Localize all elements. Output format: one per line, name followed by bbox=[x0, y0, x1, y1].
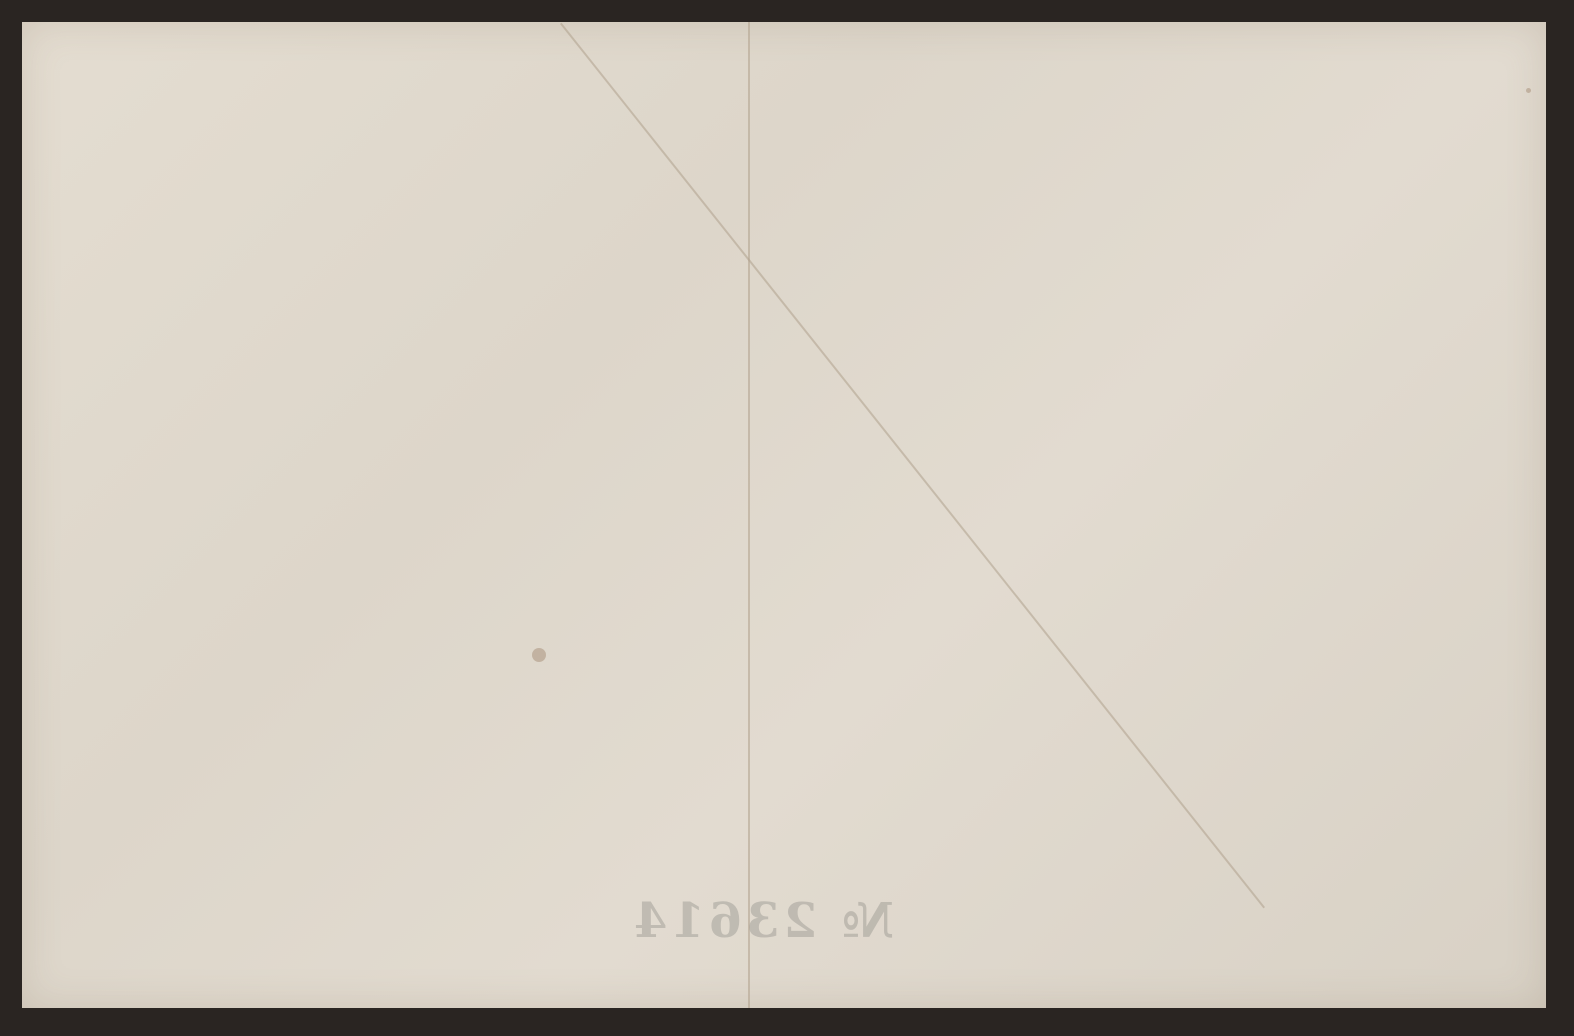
vertical-fold-line bbox=[748, 22, 750, 1008]
bleed-through-serial: № 23614 bbox=[630, 893, 894, 949]
banknote-back bbox=[22, 22, 1546, 1008]
stain-spot bbox=[532, 648, 546, 662]
stain-spot bbox=[1526, 88, 1531, 93]
